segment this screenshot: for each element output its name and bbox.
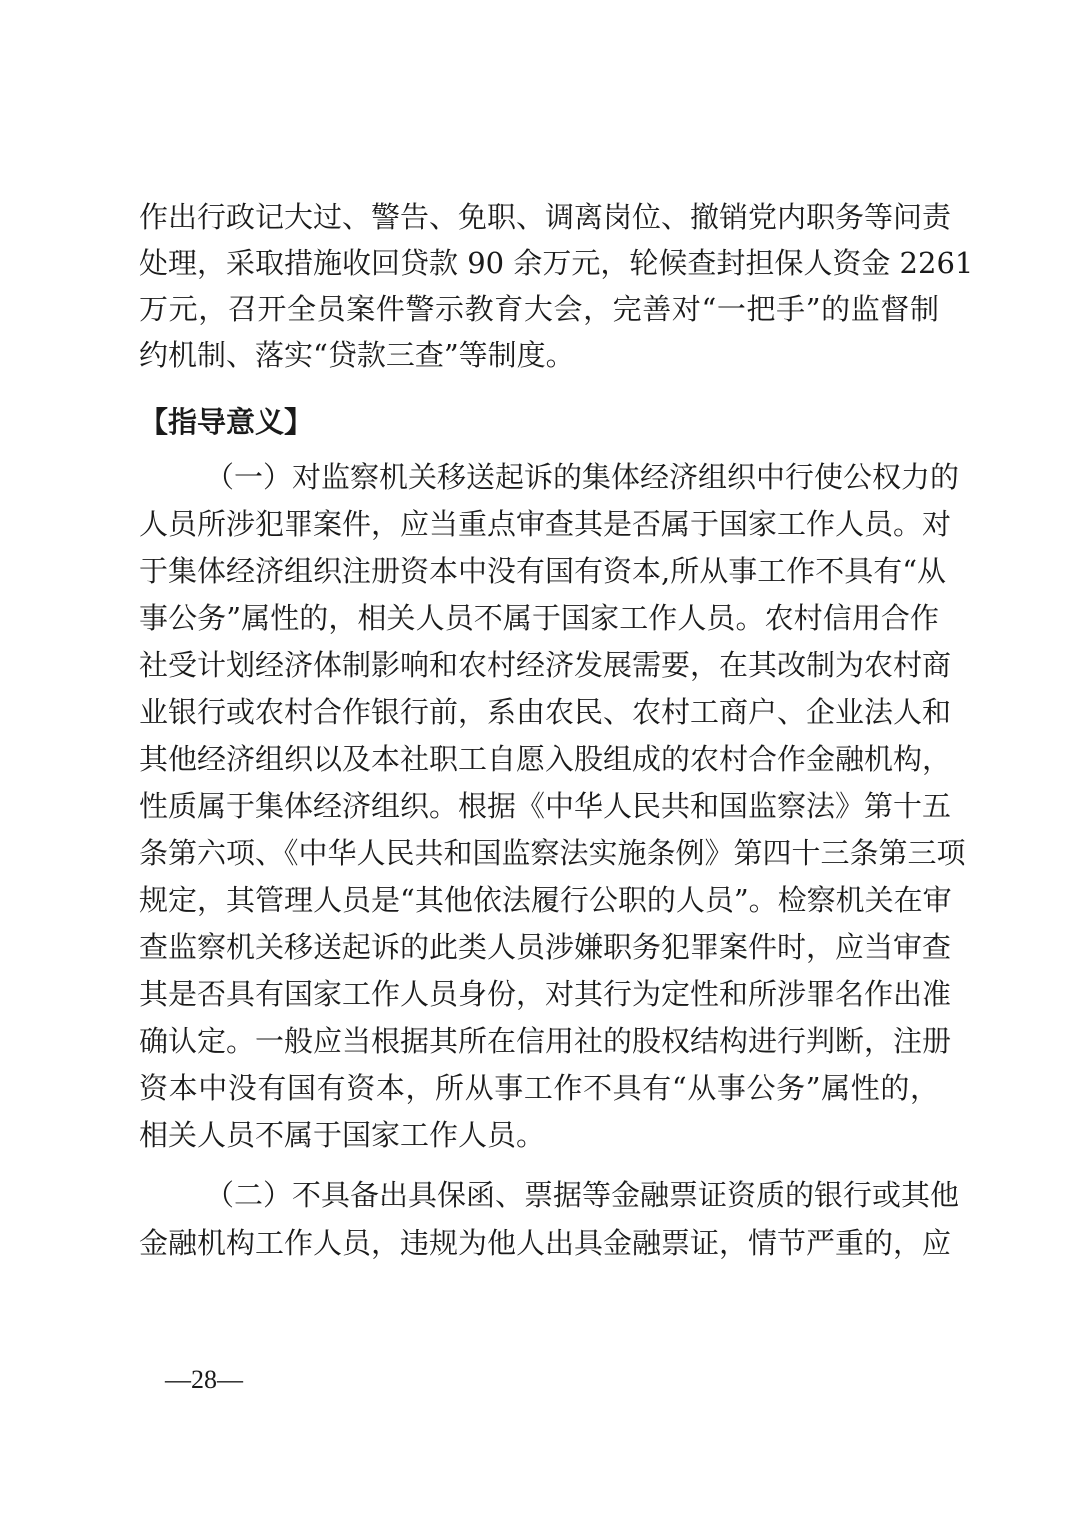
- paragraph-first-line: （二）不具备出具保函、票据等金融票证资质的银行或其他: [205, 1178, 939, 1212]
- text-line: 相关人员不属于国家工作人员。: [139, 1118, 939, 1152]
- text-line: 查监察机关移送起诉的此类人员涉嫌职务犯罪案件时，应当审查: [139, 930, 939, 964]
- text-line: 处理，采取措施收回贷款 90 余万元，轮候查封担保人资金 2261: [139, 246, 939, 280]
- text-line: 条第六项、《中华人民共和国监察法实施条例》第四十三条第三项: [139, 836, 939, 870]
- text-line: 于集体经济组织注册资本中没有国有资本,所从事工作不具有“从: [139, 554, 939, 588]
- text-line: 事公务”属性的，相关人员不属于国家工作人员。农村信用合作: [139, 601, 939, 635]
- paragraph-first-line: （一）对监察机关移送起诉的集体经济组织中行使公权力的: [205, 460, 939, 494]
- text-line: 社受计划经济体制影响和农村经济发展需要，在其改制为农村商: [139, 648, 939, 682]
- text-line: 资本中没有国有资本，所从事工作不具有“从事公务”属性的，: [139, 1071, 939, 1105]
- text-line: 万元，召开全员案件警示教育大会，完善对“一把手”的监督制: [139, 292, 939, 326]
- document-page: 作出行政记大过、警告、免职、调离岗位、撤销党内职务等问责 处理，采取措施收回贷款…: [0, 0, 1074, 1520]
- text-line: 作出行政记大过、警告、免职、调离岗位、撤销党内职务等问责: [139, 200, 939, 234]
- text-line: 金融机构工作人员，违规为他人出具金融票证，情节严重的，应: [139, 1226, 939, 1260]
- section-heading: 【指导意义】: [139, 405, 313, 439]
- text-line: 其是否具有国家工作人员身份，对其行为定性和所涉罪名作出准: [139, 977, 939, 1011]
- text-line: 业银行或农村合作银行前，系由农民、农村工商户、企业法人和: [139, 695, 939, 729]
- text-line: 性质属于集体经济组织。根据《中华人民共和国监察法》第十五: [139, 789, 939, 823]
- text-line: 其他经济组织以及本社职工自愿入股组成的农村合作金融机构，: [139, 742, 939, 776]
- text-line: 约机制、落实“贷款三查”等制度。: [139, 338, 939, 372]
- text-line: 规定，其管理人员是“其他依法履行公职的人员”。检察机关在审: [139, 883, 939, 917]
- page-number: —28—: [165, 1364, 243, 1396]
- text-line: 确认定。一般应当根据其所在信用社的股权结构进行判断，注册: [139, 1024, 939, 1058]
- text-line: 人员所涉犯罪案件，应当重点审查其是否属于国家工作人员。对: [139, 507, 939, 541]
